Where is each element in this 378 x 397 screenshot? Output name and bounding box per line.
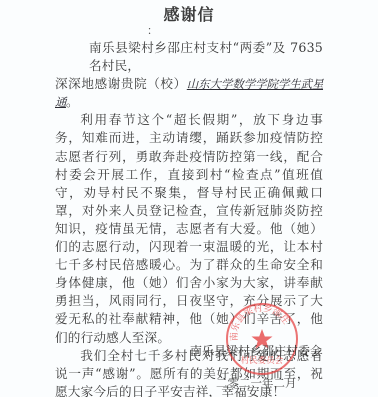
letter-title: 感谢信 — [0, 2, 378, 25]
thank-you-letter: 感谢信 ： 南乐县梁村乡邵庄村支村“两委”及 7635 名村民， 深深地感谢贵院… — [0, 0, 378, 397]
letter-date: 二零二一年二月 — [216, 375, 297, 391]
signature: 南乐县梁村乡邵庄村委会 — [190, 342, 322, 359]
official-seal: 南乐县梁村乡邵庄 村民委员会 — [226, 303, 298, 375]
salutation: ： — [147, 22, 158, 38]
intro-line-2-prefix: 深深地感谢贵院（校） — [55, 76, 187, 91]
intro-line-2-suffix: 。 — [66, 94, 79, 109]
intro-line-2: 深深地感谢贵院（校）山东大学数学学院学生武星通。 — [55, 75, 323, 111]
intro-line-1: 南乐县梁村乡邵庄村支村“两委”及 7635 名村民， — [55, 39, 323, 75]
seal-graphic: 南乐县梁村乡邵庄 村民委员会 — [226, 303, 298, 375]
